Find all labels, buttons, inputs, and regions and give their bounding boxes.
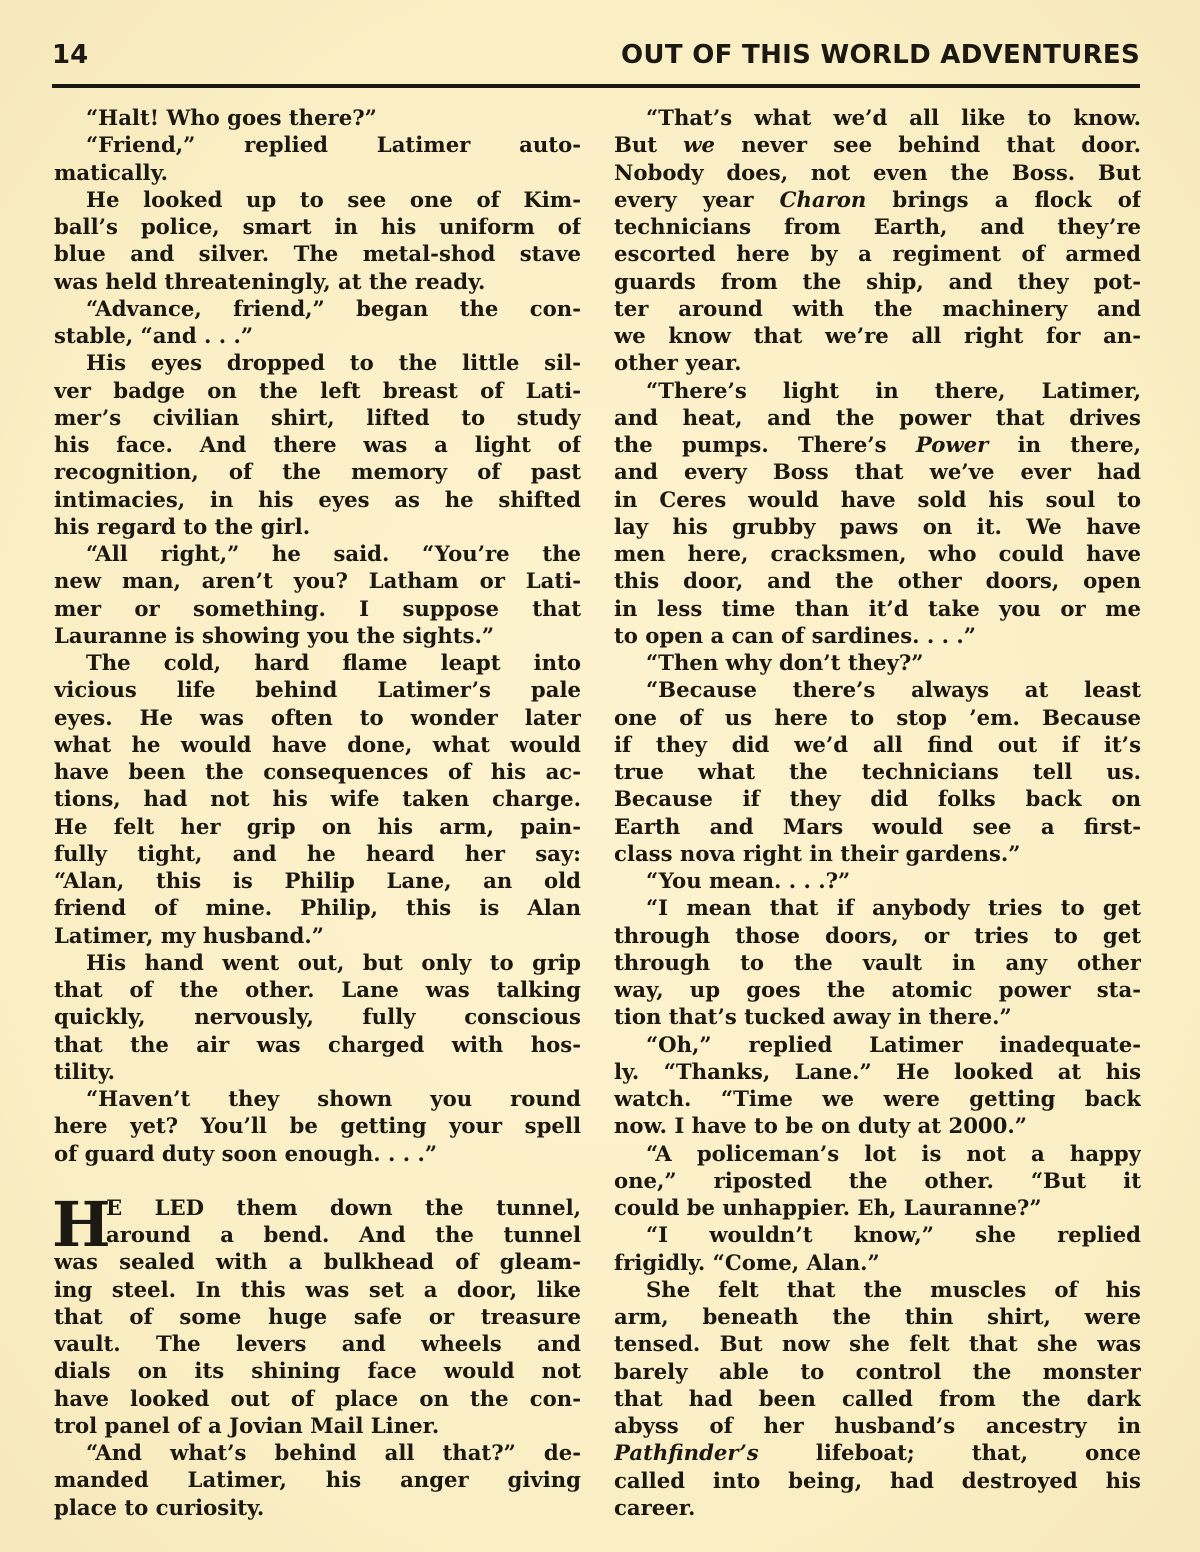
text-line: one of us here to stop ’em. Because bbox=[614, 704, 1141, 731]
text-line: “Friend,” replied Latimer auto- bbox=[54, 131, 581, 158]
running-title: OUT OF THIS WORLD ADVENTURES bbox=[621, 40, 1140, 70]
text-line: that had been called from the dark bbox=[614, 1385, 1141, 1412]
text-line: through to the vault in any other bbox=[614, 949, 1141, 976]
text-line: fully tight, and he heard her say: bbox=[54, 840, 581, 867]
text-line: here yet? You’ll be getting your spell bbox=[54, 1112, 581, 1139]
text-line: Because if they did folks back on bbox=[614, 785, 1141, 812]
drop-cap: H bbox=[52, 1198, 111, 1252]
text-line: frigidly. “Come, Alan.” bbox=[614, 1249, 1141, 1276]
text-line: tility. bbox=[54, 1058, 581, 1085]
text-line: “And what’s behind all that?” de- bbox=[54, 1439, 581, 1466]
text-line: dials on its shining face would not bbox=[54, 1357, 581, 1384]
text-line: if they did we’d all find out if it’s bbox=[614, 731, 1141, 758]
text-line: tions, had not his wife taken charge. bbox=[54, 785, 581, 812]
text-line: ver badge on the left breast of Lati- bbox=[54, 377, 581, 404]
text-line: barely able to control the monster bbox=[614, 1358, 1141, 1385]
text-line: ter around with the machinery and bbox=[614, 295, 1141, 322]
text-line: that of some huge safe or treasure bbox=[54, 1303, 581, 1330]
text-line: “Haven’t they shown you round bbox=[54, 1085, 581, 1112]
text-line: ball’s police, smart in his uniform of bbox=[54, 213, 581, 240]
text-line: She felt that the muscles of his bbox=[614, 1276, 1141, 1303]
text-line: “You mean. . . .?” bbox=[614, 867, 1141, 894]
left-column: “Halt! Who goes there?”“Friend,” replied… bbox=[54, 104, 581, 1521]
text-line: escorted here by a regiment of armed bbox=[614, 240, 1141, 267]
text-line: in Ceres would have sold his soul to bbox=[614, 486, 1141, 513]
text-line: have looked out of place on the con- bbox=[54, 1385, 581, 1412]
text-line: of guard duty soon enough. . . .” bbox=[54, 1140, 581, 1167]
right-column: “That’s what we’d all like to know.But w… bbox=[614, 104, 1141, 1521]
text-line: trol panel of a Jovian Mail Liner. bbox=[54, 1412, 581, 1439]
text-line: called into being, had destroyed his bbox=[614, 1467, 1141, 1494]
text-line: “I mean that if anybody tries to get bbox=[614, 894, 1141, 921]
text-line: that the air was charged with hos- bbox=[54, 1031, 581, 1058]
text-line: tensed. But now she felt that she was bbox=[614, 1330, 1141, 1357]
text-line: place to curiosity. bbox=[54, 1494, 581, 1521]
text-line: quickly, nervously, fully conscious bbox=[54, 1003, 581, 1030]
magazine-page: 14 OUT OF THIS WORLD ADVENTURES “Halt! W… bbox=[0, 0, 1200, 1552]
text-line: what he would have done, what would bbox=[54, 731, 581, 758]
text-line: ly. “Thanks, Lane.” He looked at his bbox=[614, 1058, 1141, 1085]
text-line: “There’s light in there, Latimer, bbox=[614, 377, 1141, 404]
text-line: friend of mine. Philip, this is Alan bbox=[54, 894, 581, 921]
text-line: matically. bbox=[54, 159, 581, 186]
text-line: to open a can of sardines. . . .” bbox=[614, 622, 1141, 649]
text-line: have been the consequences of his ac- bbox=[54, 758, 581, 785]
text-line: intimacies, in his eyes as he shifted bbox=[54, 486, 581, 513]
text-line: “I wouldn’t know,” she replied bbox=[614, 1221, 1141, 1248]
text-line: stable, “and . . .” bbox=[54, 322, 581, 349]
text-line: vault. The levers and wheels and bbox=[54, 1330, 581, 1357]
text-line: “A policeman’s lot is not a happy bbox=[614, 1140, 1141, 1167]
text-line: The cold, hard flame leapt into bbox=[54, 649, 581, 676]
text-line: technicians from Earth, and they’re bbox=[614, 213, 1141, 240]
text-line: “Alan, this is Philip Lane, an old bbox=[54, 867, 581, 894]
text-line: vicious life behind Latimer’s pale bbox=[54, 676, 581, 703]
text-line: His hand went out, but only to grip bbox=[54, 949, 581, 976]
text-line: way, up goes the atomic power sta- bbox=[614, 976, 1141, 1003]
header-rule bbox=[52, 84, 1140, 88]
text-line: we know that we’re all right for an- bbox=[614, 322, 1141, 349]
text-line: “Advance, friend,” began the con- bbox=[54, 295, 581, 322]
text-line: his regard to the girl. bbox=[54, 513, 581, 540]
text-line: His eyes dropped to the little sil- bbox=[54, 349, 581, 376]
text-line: He felt her grip on his arm, pain- bbox=[54, 813, 581, 840]
text-line: manded Latimer, his anger giving bbox=[54, 1466, 581, 1493]
text-line: ing steel. In this was set a door, like bbox=[54, 1276, 581, 1303]
text-line: this door, and the other doors, open bbox=[614, 567, 1141, 594]
text-line: guards from the ship, and they pot- bbox=[614, 268, 1141, 295]
text-line: abyss of her husband’s ancestry in bbox=[614, 1412, 1141, 1439]
text-line: mer’s civilian shirt, lifted to study bbox=[54, 404, 581, 431]
text-line: “Then why don’t they?” bbox=[614, 649, 1141, 676]
text-line: arm, beneath the thin shirt, were bbox=[614, 1303, 1141, 1330]
text-line: through those doors, or tries to get bbox=[614, 922, 1141, 949]
text-line: in less time than it’d take you or me bbox=[614, 595, 1141, 622]
text-line: other year. bbox=[614, 349, 1141, 376]
text-line: blue and silver. The metal-shod stave bbox=[54, 240, 581, 267]
text-line: was sealed with a bulkhead of gleam- bbox=[54, 1248, 581, 1275]
text-line: eyes. He was often to wonder later bbox=[54, 704, 581, 731]
text-line: and heat, and the power that drives bbox=[614, 404, 1141, 431]
text-line: Pathfinder’s lifeboat; that, once bbox=[614, 1439, 1141, 1466]
text-line: mer or something. I suppose that bbox=[54, 595, 581, 622]
text-line: “Because there’s always at least bbox=[614, 676, 1141, 703]
text-line: the pumps. There’s Power in there, bbox=[614, 431, 1141, 458]
section-gap bbox=[54, 1167, 581, 1194]
text-line: could be unhappier. Eh, Lauranne?” bbox=[614, 1194, 1141, 1221]
text-line: his face. And there was a light of bbox=[54, 431, 581, 458]
text-line: watch. “Time we were getting back bbox=[614, 1085, 1141, 1112]
text-line: and every Boss that we’ve ever had bbox=[614, 458, 1141, 485]
page-header: 14 OUT OF THIS WORLD ADVENTURES bbox=[52, 38, 1140, 78]
text-line: every year Charon brings a flock of bbox=[614, 186, 1141, 213]
text-line: E LED them down the tunnel, bbox=[54, 1194, 581, 1221]
text-line: tion that’s tucked away in there.” bbox=[614, 1003, 1141, 1030]
text-line: “Oh,” replied Latimer inadequate- bbox=[614, 1031, 1141, 1058]
text-line: around a bend. And the tunnel bbox=[54, 1221, 581, 1248]
text-line: Latimer, my husband.” bbox=[54, 922, 581, 949]
text-line: “All right,” he said. “You’re the bbox=[54, 540, 581, 567]
text-line: “Halt! Who goes there?” bbox=[54, 104, 581, 131]
text-line: true what the technicians tell us. bbox=[614, 758, 1141, 785]
text-line: career. bbox=[614, 1494, 1141, 1521]
text-line: Lauranne is showing you the sights.” bbox=[54, 622, 581, 649]
text-line: But we never see behind that door. bbox=[614, 131, 1141, 158]
text-line: that of the other. Lane was talking bbox=[54, 976, 581, 1003]
text-line: was held threateningly, at the ready. bbox=[54, 268, 581, 295]
text-line: men here, cracksmen, who could have bbox=[614, 540, 1141, 567]
text-line: lay his grubby paws on it. We have bbox=[614, 513, 1141, 540]
text-line: one,” riposted the other. “But it bbox=[614, 1167, 1141, 1194]
text-line: “That’s what we’d all like to know. bbox=[614, 104, 1141, 131]
text-line: He looked up to see one of Kim- bbox=[54, 186, 581, 213]
text-line: Nobody does, not even the Boss. But bbox=[614, 159, 1141, 186]
text-line: class nova right in their gardens.” bbox=[614, 840, 1141, 867]
text-line: recognition, of the memory of past bbox=[54, 458, 581, 485]
section-break: HE LED them down the tunnel,around a ben… bbox=[54, 1194, 581, 1521]
page-number: 14 bbox=[52, 40, 88, 70]
text-line: now. I have to be on duty at 2000.” bbox=[614, 1112, 1141, 1139]
text-line: new man, aren’t you? Latham or Lati- bbox=[54, 567, 581, 594]
text-line: Earth and Mars would see a first- bbox=[614, 813, 1141, 840]
